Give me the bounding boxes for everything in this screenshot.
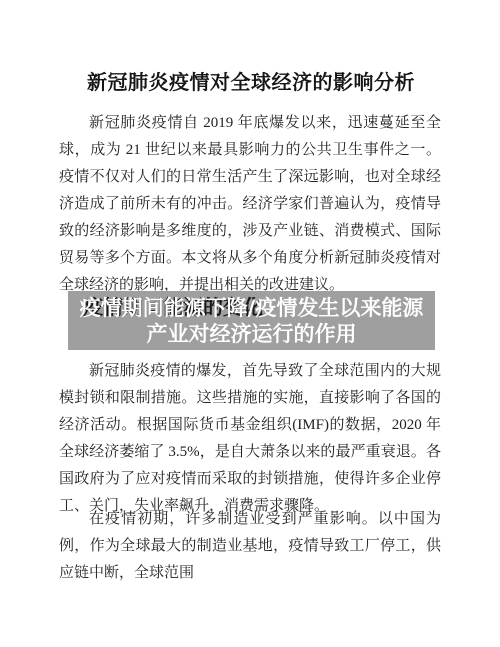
paragraph-manufacturing-impact: 在疫情初期，许多制造业受到严重影响。以中国为例，作为全球最大的制造业基地，疫情导… <box>59 506 441 587</box>
page-title: 新冠肺炎疫情对全球经济的影响分析 <box>60 67 442 97</box>
section-heading-overlay: 疫情期间能源的变化 疫情期间能源下降/疫情发生以来能源产业对经济运行的作用 <box>68 291 435 350</box>
section-heading-text: 疫情期间能源下降/疫情发生以来能源产业对经济运行的作用 <box>68 295 435 347</box>
document-page: 新冠肺炎疫情对全球经济的影响分析 新冠肺炎疫情自 2019 年底爆发以来，迅速蔓… <box>0 0 500 647</box>
paragraph-intro: 新冠肺炎疫情自 2019 年底爆发以来，迅速蔓延至全球，成为 21 世纪以来最具… <box>59 110 441 299</box>
paragraph-lockdown-impact: 新冠肺炎疫情的爆发，首先导致了全球范围内的大规模封锁和限制措施。这些措施的实施，… <box>59 358 441 520</box>
